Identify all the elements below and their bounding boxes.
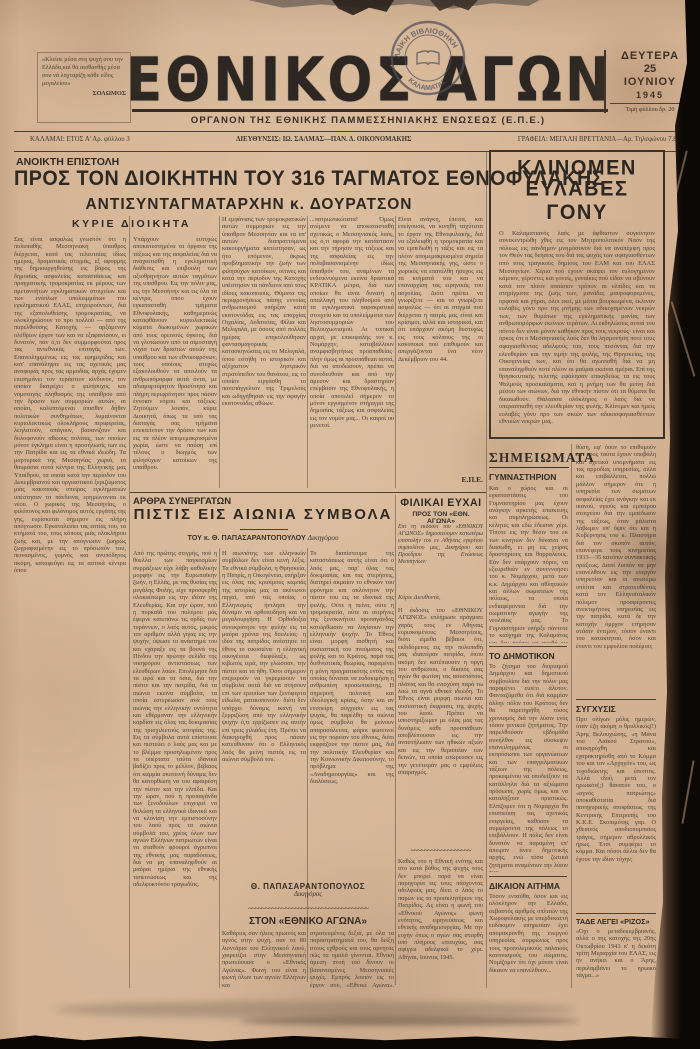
open-letter-signature: Ε.Π.Ε.: [398, 475, 483, 484]
bottom-smudge: [55, 1001, 575, 1018]
dimotikon-title: ΤΟ ΔΗΜΟΤΙΚΟΝ: [489, 651, 569, 661]
masthead-quote: «Κλείσε μέσα στη ψυχή σου την Ελλάδα,καί…: [42, 56, 126, 88]
gym-body: Και ο χώρος και αι εγκαταστάσεις του Γυμ…: [489, 485, 568, 643]
sygchysis-body: Προ ολίγων μόλις ημερών, όταν έζη ακόμη …: [576, 716, 656, 910]
klinomen-headline-line1: ΚΛΙΝΟΜΕΝ: [499, 157, 655, 180]
pistis-column-3: Το διαπίστευμα της καταστάσεως αυτής είν…: [310, 550, 394, 880]
dikaion-body: Τόσον ενταύθα, όσον και εις ολόκληρον τη…: [489, 893, 568, 988]
open-letter-column-3: Η εμφάνισις των τρομοκρατικών αυτών συμμ…: [222, 216, 306, 488]
rule-above-dikaion: [489, 876, 567, 877]
pistis-column-1: Από της πρώτης στιγμής, πού η θύελλα των…: [133, 550, 217, 985]
date-rule: [610, 103, 690, 104]
column-rule: [219, 548, 220, 988]
dikaion-title: ΔΙΚΑΙΟΝ ΑΙΤΗΜΑ: [489, 881, 569, 891]
title-underline: [132, 109, 608, 112]
masthead-quote-author: ΣΟΛΩΜΟΣ: [42, 90, 126, 98]
open-letter-column-4: ...πατριωτικώτατα! Όμως ανέμενε να αποκα…: [310, 216, 394, 488]
filikai-body-1: Η έκδοσις του «ΕΘΝΙΚΟΥ ΑΓΩΝΟΣ» επλήρωσε …: [398, 607, 483, 845]
pistis-headline-rule: [240, 529, 288, 530]
klinomen-body: Ο Καλαματιανός λαός με άφθαστον συγκίνησ…: [499, 230, 655, 455]
column-rule: [219, 216, 220, 488]
rule-above-tade: [576, 913, 656, 914]
svg-text:ΛΑΪΚΗ ΒΙΒΛΙΟΘΗΚΗ: ΛΑΪΚΗ ΒΙΒΛΙΟΘΗΚΗ: [392, 26, 459, 59]
section-divider-rule: [486, 152, 487, 988]
info-line: ΚΑΛΑΜΑΙ: ΕΤΟΣ Α' Αρ. φύλλου 3 ΔΙΕΥΘΥΝΣΙΣ…: [30, 136, 680, 143]
rule-above-dimotikon: [489, 646, 567, 647]
pistis-headline: ΠΙΣΤΙΣ ΕΙΣ ΑΙΩΝΙΑ ΣΥΜΒΟΛΑ: [130, 506, 396, 523]
sygchysis-title: ΣΥΓΧΥΣΙΣ: [576, 704, 656, 714]
masthead-quote-box: «Κλείσε μέσα στη ψυχή σου την Ελλάδα,καί…: [37, 52, 131, 123]
date-weekday: ΔΕΥΤΕΡΑ: [606, 50, 694, 62]
rule-above-infoline: [14, 131, 696, 132]
info-offices: ΓΡΑΦΕΙΑ: ΜΕΓΑΛΗ ΒΡΕΤΤΑΝΙΑ—Αρ. Τηλεφώνου …: [518, 136, 680, 143]
open-letter-column-5: Είναι ανάγκη, έπειτα, και επείγουσα, να …: [398, 216, 483, 474]
pistis-column-2: Η αιωνιότης των ελληνικών συμβόλων δεν ε…: [222, 550, 306, 880]
info-directors: ΔΙΕΥΘΥΝΣΙΣ: ΙΩ. ΣΑΛΜΑΣ—ΠΑΝ. Δ. ΟΙΚΟΝΟΜΑΚ…: [236, 136, 411, 143]
dimotikon-body: Το ζήτημα του διορισμού Δημάρχου και δημ…: [489, 663, 568, 872]
top-tear-mark: [248, 0, 540, 11]
date-day: 25: [606, 63, 694, 75]
filikai-subhead: ΠΡΟΣ ΤΟΝ «ΕΘΝ. ΑΓΩΝΑ»: [398, 511, 484, 525]
open-letter-column-2: Υπάρχουν ευτυχώς αποκατεστημένα τα όργαν…: [133, 236, 217, 488]
column-rule: [395, 495, 396, 985]
pistis-signature-role: Δικηγόρος: [222, 891, 394, 898]
ston-agona-headline: ΣΤΟΝ «ΕΘΝΙΚΟ ΑΓΩΝΑ»: [222, 916, 394, 927]
squiggle-divider: ~~~~~~~~~~~~~~~~~~: [398, 846, 483, 855]
column-rule: [571, 444, 572, 988]
pistis-byline: ΤΟΥ κ. Θ. ΠΑΠΑΣΑΡΑΝΤΟΠΟΥΛΟΥ Δικηγόρου: [130, 533, 396, 542]
notes-continuation-body: θύση, εφ' όσον το επιθυμούν και προς ταύ…: [576, 444, 656, 696]
newspaper-subtitle: ΟΡΓΑΝΟΝ ΤΗΣ ΕΘΝΙΚΗΣ ΠΑΜΜΕΣΣΗΝΙΑΚΗΣ ΕΝΩΣΕ…: [126, 115, 610, 126]
squiggle-divider: ~~~~~~~~~~~~~~~~~~~~~~~~~~~~~~~~~~~~: [222, 904, 394, 913]
gym-title: ΓΥΜΝΑΣΤΗΡΙΟΝ: [489, 472, 569, 482]
rule-above-pistis: [130, 492, 486, 493]
notes-header: ΣΗΜΕΙΩΜΑΤΑ: [489, 450, 569, 468]
klinomen-headline-line2: ΕΥΛΑΒΕΣ ΓΟΝΥ: [499, 179, 655, 224]
pistis-byline-role: Δικηγόρου: [308, 533, 339, 542]
date-month: ΙΟΥΝΙΟΥ: [606, 76, 694, 88]
rule-above-sygchysis: [576, 699, 656, 700]
column-rule: [395, 216, 396, 488]
open-letter-subhead: ΑΝΤΙΣΥΝΤΑΓΜΑΤΑΡΧΗΝ κ. ΔΟΥΡΑΤΣΟΝ: [14, 196, 484, 214]
tade-body: «Όχι ο μεταδεκεμβριανός, αλλά ο της κατο…: [576, 928, 656, 988]
filikai-salutation: Κύριε Διευθυντά,: [398, 594, 483, 604]
pistis-signature-name: Θ. ΠΑΠΑΣΑΡΑΝΤΟΠΟΥΛΟΣ: [222, 882, 394, 891]
newspaper-page: «Κλείσε μέσα στη ψυχή σου την Ελλάδα,καί…: [0, 0, 700, 1049]
pistis-signature: Θ. ΠΑΠΑΣΑΡΑΝΤΟΠΟΥΛΟΣ Δικηγόρος: [222, 882, 394, 898]
filikai-intro: Επί τη εκδόσει του «ΕΘΝΙΚΟΥ ΑΓΩΝΟΣ» δημο…: [398, 524, 483, 588]
filikai-body-2: Καθώς του η Εθνική ενότης και στο κατά β…: [398, 858, 483, 986]
pistis-byline-name: ΤΟΥ κ. Θ. ΠΑΠΑΣΑΡΑΝΤΟΠΟΥΛΟΥ: [187, 533, 305, 542]
filikai-headline: ΦΙΛΙΚΑΙ ΕΥΧΑΙ: [398, 497, 484, 509]
ston-agona-column-2: στρατευμένος δεξιά, με όλα τα παραστρατή…: [310, 930, 394, 988]
top-tear-mark: [332, 0, 394, 17]
ston-agona-column-1: Καθάριος σαν ήλιος πρωινός και αγνός στη…: [222, 930, 306, 988]
info-place-issue: ΚΑΛΑΜΑΙ: ΕΤΟΣ Α' Αρ. φύλλου 3: [30, 136, 130, 143]
scan-bottom-edge: [0, 1033, 700, 1049]
column-rule: [129, 216, 130, 988]
open-letter-salutation: ΚΥΡΙΕ ΔΙΟΙΚΗΤΑ: [72, 218, 191, 230]
klinomen-article-box: ΚΛΙΝΟΜΕΝ ΕΥΛΑΒΕΣ ΓΟΝΥ Ο Καλαματιανός λαό…: [489, 150, 665, 439]
column-rule: [307, 216, 308, 488]
bottom-smudge: [240, 1016, 580, 1026]
library-stamp-icon: ΛΑΪΚΗ ΒΙΒΛΙΟΘΗΚΗ ΚΑΛΑΜΑΤΑΣ: [388, 18, 468, 98]
open-letter-column-1: Σας είναι ασφαλώς γνωστόν ότι η πολυπαθή…: [14, 236, 126, 985]
tade-title: ΤΑΔΕ ΛΕΓΕΙ «ΡΙΖΟΣ»: [576, 917, 656, 926]
